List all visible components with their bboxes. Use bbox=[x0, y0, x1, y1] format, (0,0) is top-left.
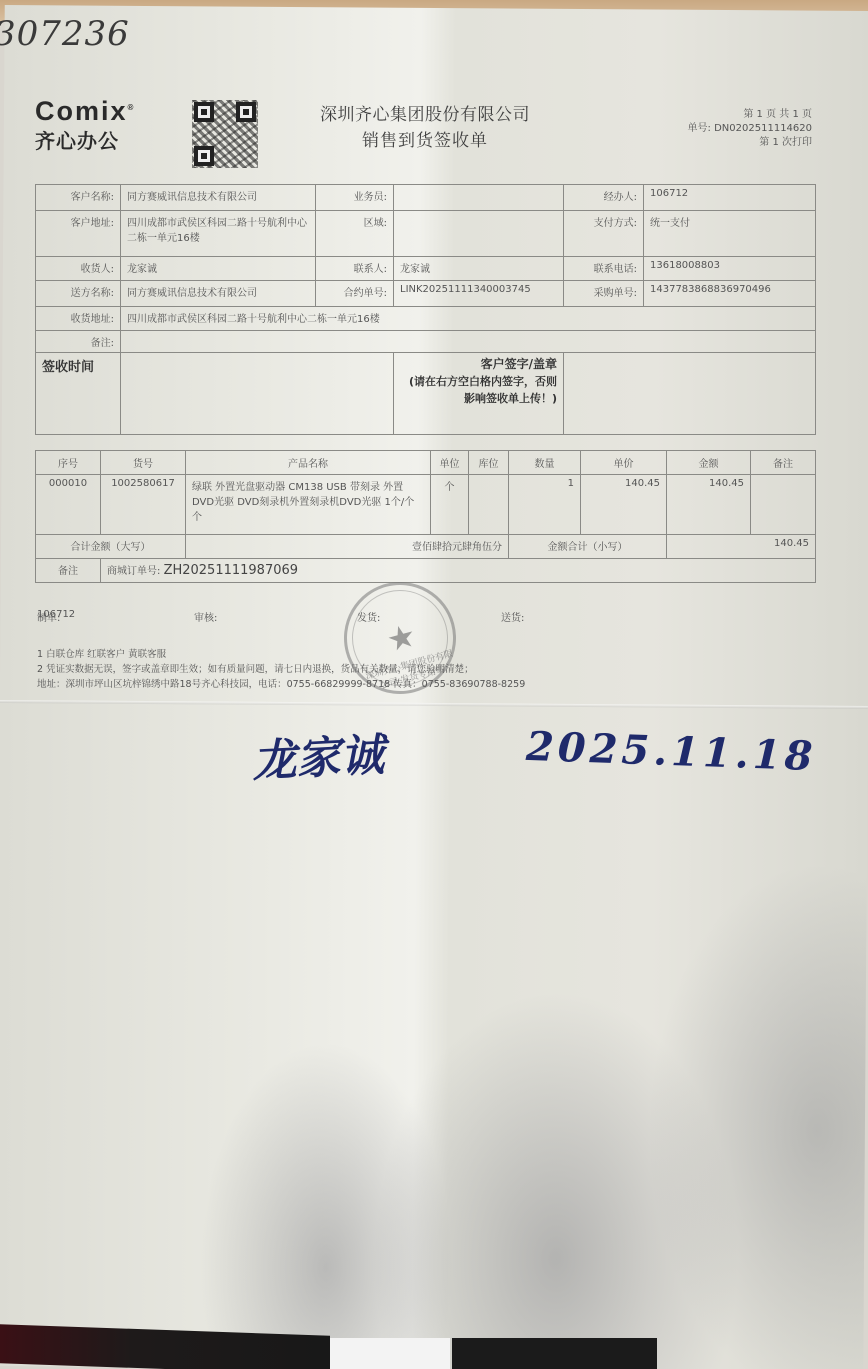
logo-english: Comix® bbox=[35, 96, 135, 127]
customer-sign-instruction: 客户签字/盖章 (请在右方空白格内签字，否则影响签收单上传！) bbox=[394, 353, 564, 435]
phone-label: 联系电话: bbox=[564, 257, 644, 281]
ship-to-label: 送方名称: bbox=[36, 281, 121, 307]
paper-fold bbox=[0, 700, 868, 709]
total-lower-label: 金额合计（小写） bbox=[509, 535, 667, 559]
item-amount: 140.45 bbox=[667, 475, 751, 535]
ship-to-value: 同方赛威讯信息技术有限公司 bbox=[121, 281, 316, 307]
review-label: 审核: bbox=[194, 609, 217, 624]
mall-order: 商城订单号: ZH20251111987069 bbox=[101, 559, 816, 583]
col-product-name: 产品名称 bbox=[186, 451, 431, 475]
customer-address-value: 四川成都市武侯区科园二路十号航利中心二栋一单元16楼 bbox=[121, 211, 316, 257]
company-name: 深圳齐心集团股份有限公司 bbox=[300, 100, 550, 125]
mall-order-value: ZH20251111987069 bbox=[164, 563, 298, 578]
total-upper-value: 壹佰肆拾元肆角伍分 bbox=[186, 535, 509, 559]
contract-label: 合约单号: bbox=[316, 281, 394, 307]
document-header: 深圳齐心集团股份有限公司 销售到货签收单 bbox=[300, 100, 550, 151]
salesperson-value bbox=[394, 185, 564, 211]
delivery-address-label: 收货地址: bbox=[36, 307, 121, 331]
items-remark-label: 备注 bbox=[36, 559, 101, 583]
page-info: 第 1 页 共 1 页 bbox=[688, 108, 812, 122]
handler-label: 经办人: bbox=[564, 185, 644, 211]
customer-name-label: 客户名称: bbox=[36, 185, 121, 211]
remark-value bbox=[121, 331, 816, 353]
col-seq: 序号 bbox=[36, 451, 101, 475]
payment-label: 支付方式: bbox=[564, 211, 644, 257]
item-qty: 1 bbox=[509, 475, 581, 535]
customer-sign-box bbox=[564, 353, 816, 435]
customer-name-value: 同方赛威讯信息技术有限公司 bbox=[121, 185, 316, 211]
col-unit-price: 单价 bbox=[581, 451, 667, 475]
print-count: 第 1 次打印 bbox=[688, 136, 812, 150]
item-unit-price: 140.45 bbox=[581, 475, 667, 535]
handwritten-signature: 龙家诚 bbox=[250, 719, 385, 790]
note-copies: 1 白联仓库 红联客户 黄联客服 bbox=[37, 647, 525, 662]
item-name: 绿联 外置光盘驱动器 CM138 USB 带刻录 外置DVD光驱 DVD刻录机外… bbox=[186, 475, 431, 535]
col-sku: 货号 bbox=[101, 451, 186, 475]
col-qty: 数量 bbox=[509, 451, 581, 475]
document-title: 销售到货签收单 bbox=[300, 126, 550, 151]
col-note: 备注 bbox=[751, 451, 816, 475]
item-seq: 000010 bbox=[36, 475, 101, 535]
item-note bbox=[751, 475, 816, 535]
sign-time-label: 签收时间 bbox=[36, 353, 121, 435]
item-location bbox=[469, 475, 509, 535]
qr-code-icon bbox=[192, 100, 258, 168]
note-address: 地址：深圳市坪山区坑梓锦绣中路18号齐心科技园，电话：0755-66829999… bbox=[37, 677, 525, 692]
customer-info-table: 客户名称: 同方赛威讯信息技术有限公司 业务员: 经办人: 106712 客户地… bbox=[35, 184, 816, 435]
sign-time-field bbox=[121, 353, 394, 435]
deliver-label: 送货: bbox=[501, 609, 524, 624]
note-terms: 2 凭证实数据无误，签字或盖章即生效；如有质量问题，请七日内退换，货品有关数量，… bbox=[37, 662, 525, 677]
doc-number: 单号: DN0202511114620 bbox=[688, 122, 812, 136]
customer-sign-label: 客户签字/盖章 bbox=[400, 356, 557, 373]
receiver-label: 收货人: bbox=[36, 257, 121, 281]
delivery-address-value: 四川成都市武侯区科园二路十号航利中心二栋一单元16楼 bbox=[121, 307, 816, 331]
payment-value: 统一支付 bbox=[644, 211, 816, 257]
footer-notes: 1 白联仓库 红联客户 黄联客服 2 凭证实数据无误，签字或盖章即生效；如有质量… bbox=[37, 647, 525, 692]
receiver-value: 龙家诚 bbox=[121, 257, 316, 281]
salesperson-label: 业务员: bbox=[316, 185, 394, 211]
col-amount: 金额 bbox=[667, 451, 751, 475]
items-table: 序号 货号 产品名称 单位 库位 数量 单价 金额 备注 000010 1002… bbox=[35, 450, 816, 583]
contract-value: LINK20251111340003745 bbox=[394, 281, 564, 307]
purchase-value: 1437783868836970496 bbox=[644, 281, 816, 307]
item-unit: 个 bbox=[431, 475, 469, 535]
customer-sign-hint: (请在右方空白格内签字，否则影响签收单上传！) bbox=[400, 373, 557, 407]
col-location: 库位 bbox=[469, 451, 509, 475]
customer-address-label: 客户地址: bbox=[36, 211, 121, 257]
total-lower-value: 140.45 bbox=[667, 535, 816, 559]
region-value bbox=[394, 211, 564, 257]
comix-logo: Comix® 齐心办公 bbox=[35, 96, 135, 154]
total-upper-label: 合计金额（大写） bbox=[36, 535, 186, 559]
item-sku: 1002580617 bbox=[101, 475, 186, 535]
contact-label: 联系人: bbox=[316, 257, 394, 281]
handler-value: 106712 bbox=[644, 185, 816, 211]
col-unit: 单位 bbox=[431, 451, 469, 475]
purchase-label: 采购单号: bbox=[564, 281, 644, 307]
table-row: 000010 1002580617 绿联 外置光盘驱动器 CM138 USB 带… bbox=[36, 475, 816, 535]
phone-value: 13618008803 bbox=[644, 257, 816, 281]
contact-value: 龙家诚 bbox=[394, 257, 564, 281]
mall-order-label: 商城订单号: bbox=[107, 566, 160, 577]
page-meta: 第 1 页 共 1 页 单号: DN0202511114620 第 1 次打印 bbox=[688, 108, 812, 150]
region-label: 区域: bbox=[316, 211, 394, 257]
handwritten-reference: 307236 bbox=[0, 14, 130, 54]
desk-objects bbox=[0, 1330, 868, 1369]
logo-chinese: 齐心办公 bbox=[35, 125, 135, 154]
remark-label: 备注: bbox=[36, 331, 121, 353]
